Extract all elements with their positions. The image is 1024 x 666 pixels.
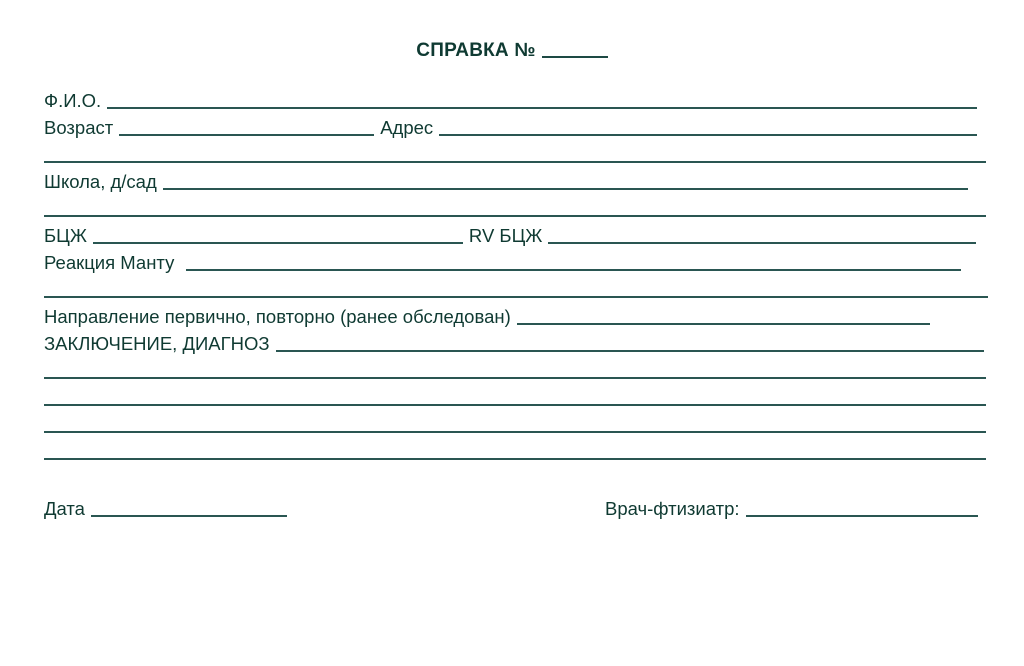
conclusion-line-3[interactable]: [44, 412, 986, 433]
conclusion-line-3-row: [44, 412, 986, 436]
school-continuation-field[interactable]: [44, 196, 986, 217]
mantoux-continuation-field[interactable]: [44, 277, 988, 298]
address-label: Адрес: [380, 117, 433, 139]
doctor-label: Врач-фтизиатр:: [605, 498, 740, 520]
school-row: Школа, д/сад: [44, 169, 968, 193]
conclusion-line-2-row: [44, 385, 986, 409]
age-address-row: Возраст Адрес: [44, 115, 977, 139]
bcg-row: БЦЖ RV БЦЖ: [44, 223, 976, 247]
mantoux-row: Реакция Манту: [44, 250, 961, 274]
school-continuation-row: [44, 196, 986, 220]
age-field[interactable]: [119, 115, 374, 136]
age-label: Возраст: [44, 117, 113, 139]
address-continuation-row: [44, 142, 986, 166]
referral-row: Направление первично, повторно (ранее об…: [44, 304, 930, 328]
conclusion-label: ЗАКЛЮЧЕНИЕ, ДИАГНОЗ: [44, 333, 270, 355]
document-title: СПРАВКА №: [0, 38, 1024, 62]
conclusion-line-4-row: [44, 439, 986, 463]
address-field[interactable]: [439, 115, 977, 136]
rv-bcg-field[interactable]: [548, 223, 976, 244]
date-label: Дата: [44, 498, 85, 520]
date-field[interactable]: [91, 496, 287, 517]
conclusion-line-4[interactable]: [44, 439, 986, 460]
mantoux-field[interactable]: [186, 250, 961, 271]
conclusion-line-1[interactable]: [44, 358, 986, 379]
conclusion-line-1-row: [44, 358, 986, 382]
title-text: СПРАВКА №: [416, 40, 535, 61]
certificate-number-field[interactable]: [542, 38, 608, 58]
doctor-signature-field[interactable]: [746, 496, 978, 517]
fio-field[interactable]: [107, 88, 977, 109]
address-continuation-field[interactable]: [44, 142, 986, 163]
school-label: Школа, д/сад: [44, 171, 157, 193]
conclusion-line-2[interactable]: [44, 385, 986, 406]
bcg-label: БЦЖ: [44, 225, 87, 247]
mantoux-label: Реакция Манту: [44, 252, 174, 274]
conclusion-field[interactable]: [276, 331, 984, 352]
doctor-row: Врач-фтизиатр:: [605, 496, 978, 520]
referral-label: Направление первично, повторно (ранее об…: [44, 306, 511, 328]
referral-field[interactable]: [517, 304, 930, 325]
rv-bcg-label: RV БЦЖ: [469, 225, 542, 247]
conclusion-row: ЗАКЛЮЧЕНИЕ, ДИАГНОЗ: [44, 331, 984, 355]
fio-row: Ф.И.О.: [44, 88, 977, 112]
mantoux-continuation-row: [44, 277, 988, 301]
bcg-field[interactable]: [93, 223, 463, 244]
school-field[interactable]: [163, 169, 968, 190]
fio-label: Ф.И.О.: [44, 90, 101, 112]
date-row: Дата: [44, 496, 287, 520]
